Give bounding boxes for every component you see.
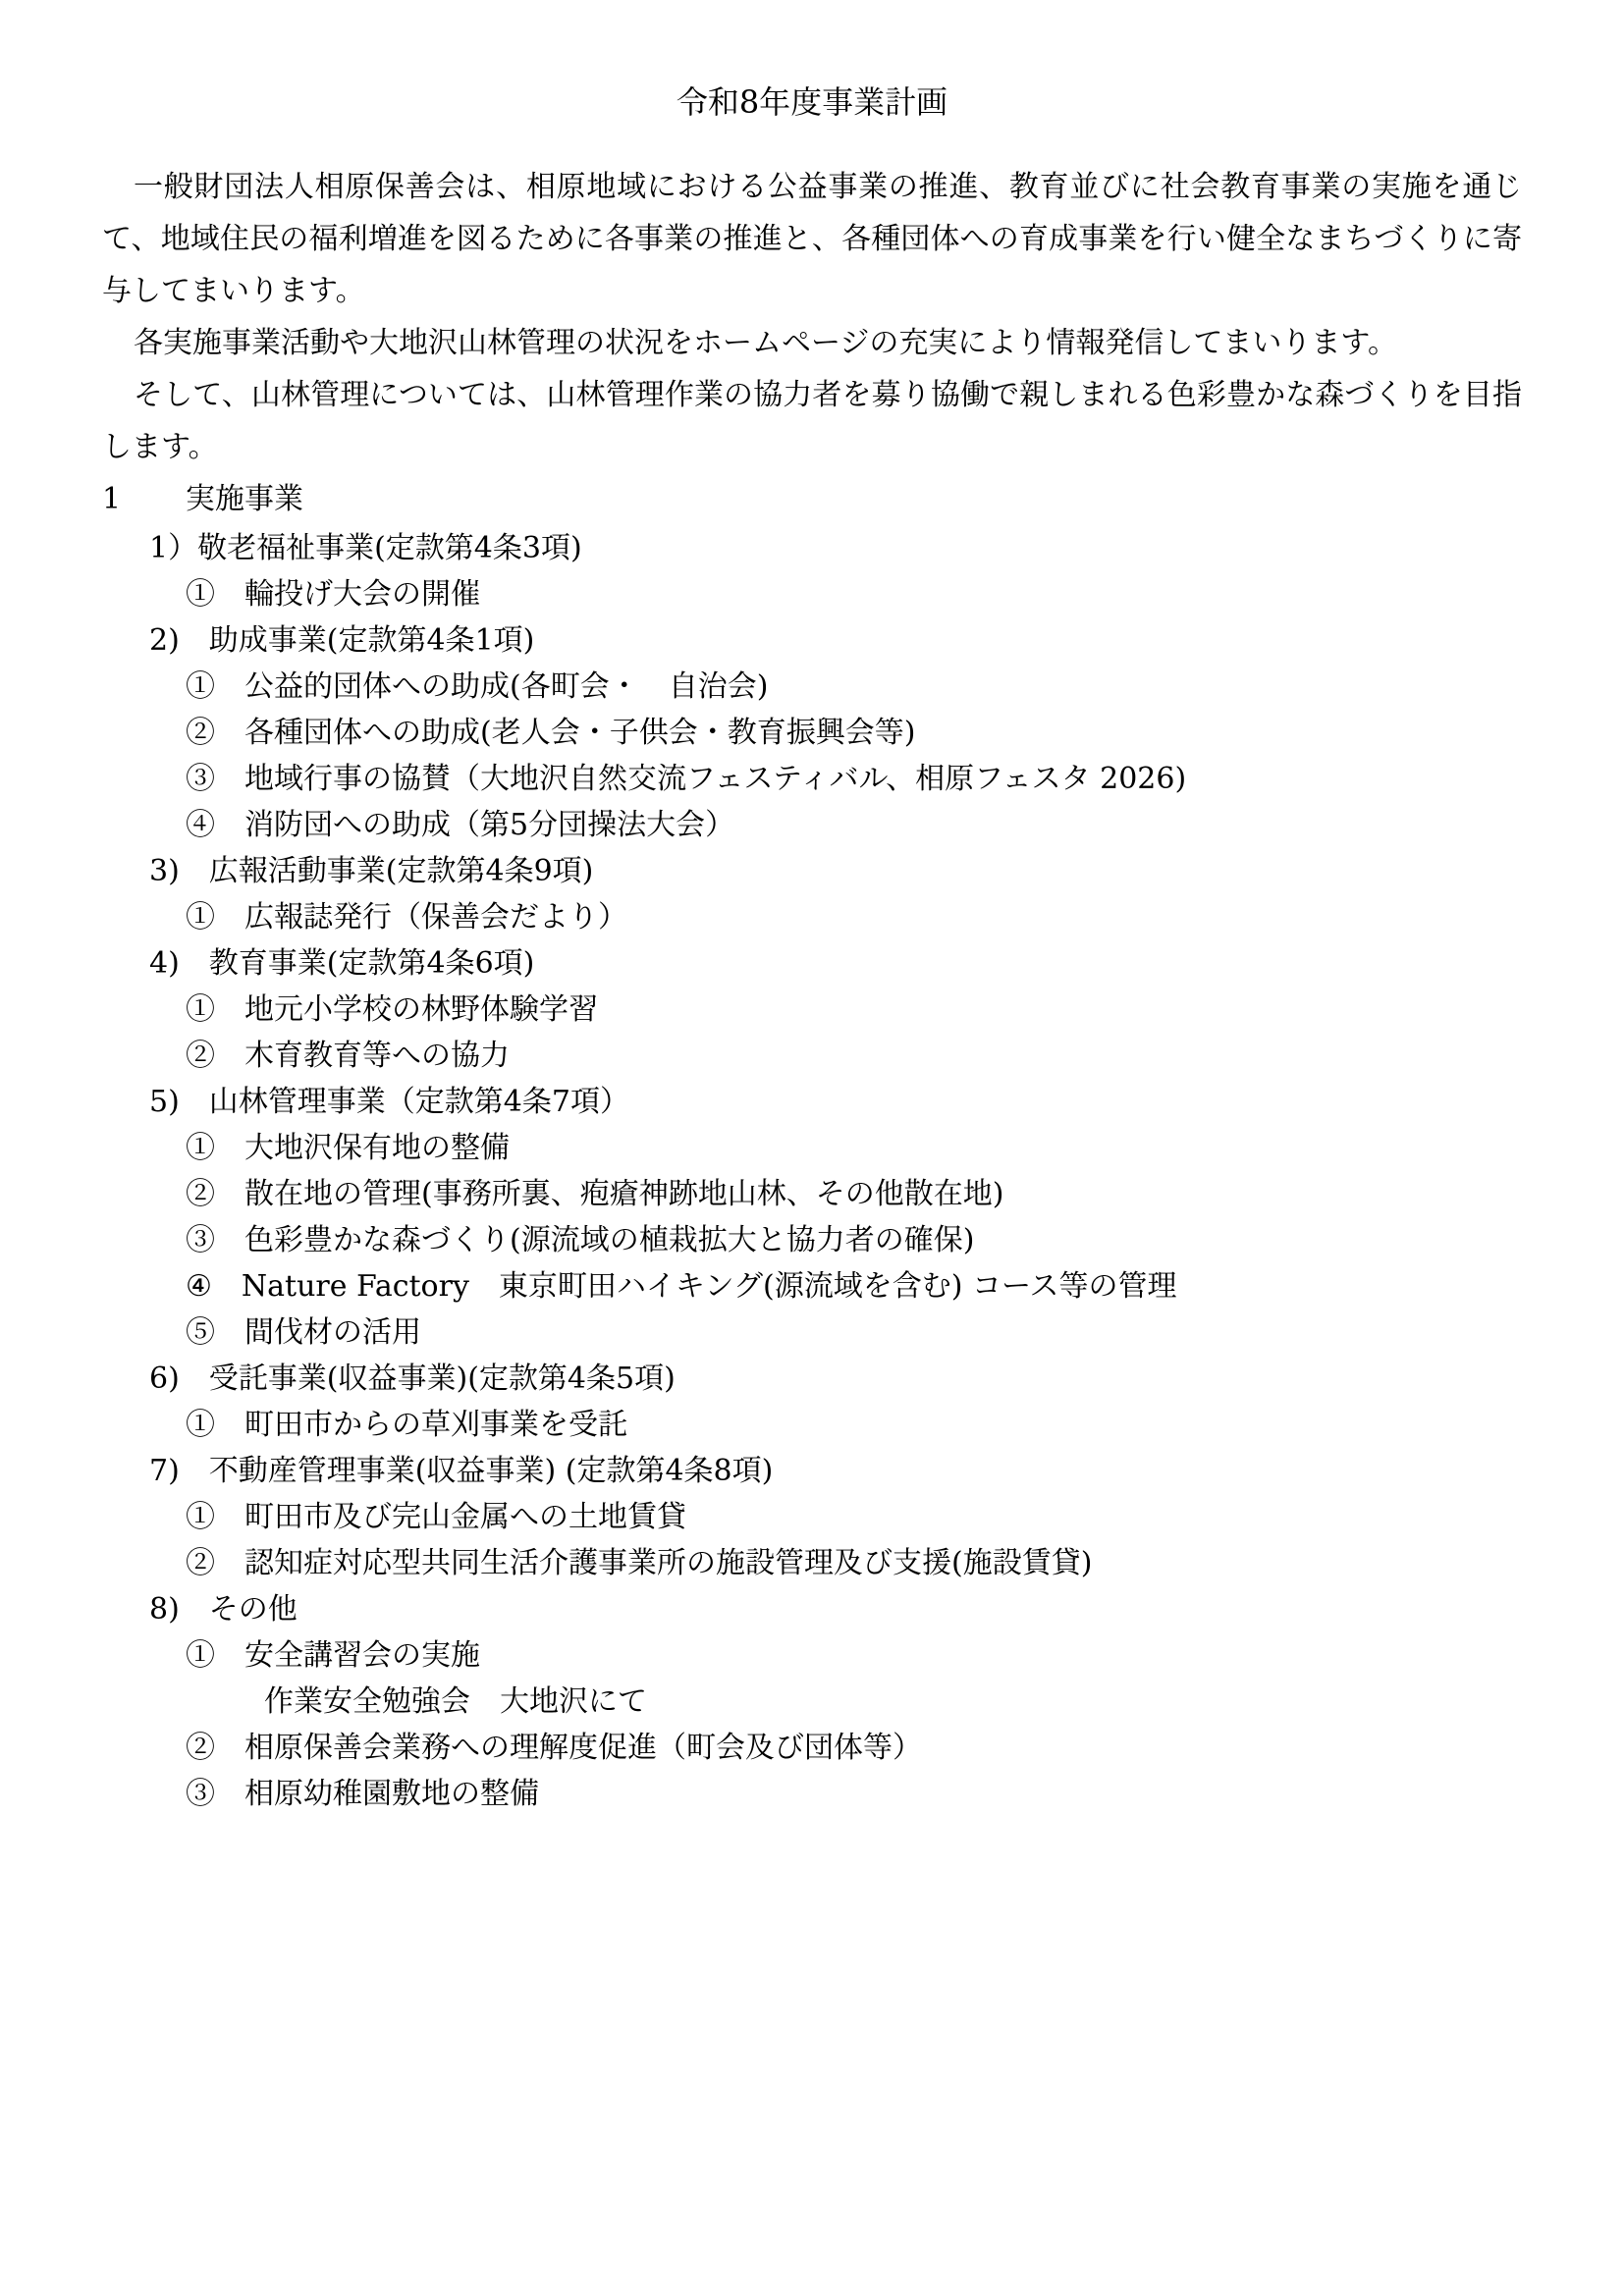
list-item-continuation: 作業安全勉強会 大地沢にて	[102, 1679, 1522, 1725]
list-item: ① 地元小学校の林野体験学習	[102, 987, 1522, 1033]
list-item: ④ 消防団への助成（第5分団操法大会）	[102, 802, 1522, 848]
list-item: ① 広報誌発行（保善会だより）	[102, 894, 1522, 940]
list-item: ④ Nature Factory 東京町田ハイキング(源流域を含む) コース等の…	[102, 1263, 1522, 1309]
intro-paragraph: 各実施事業活動や大地沢山林管理の状況をホームページの充実により情報発信してまいり…	[102, 317, 1522, 369]
list-item: ① 輪投げ大会の開催	[102, 571, 1522, 617]
intro-paragraph: そして、山林管理については、山林管理作業の協力者を募り協働で親しまれる色彩豊かな…	[102, 369, 1522, 473]
list-item: ① 安全講習会の実施	[102, 1632, 1522, 1679]
list-item: ② 散在地の管理(事務所裏、疱瘡神跡地山林、その他散在地)	[102, 1171, 1522, 1217]
list-item: ⑤ 間伐材の活用	[102, 1309, 1522, 1356]
list-item: ① 大地沢保有地の整備	[102, 1125, 1522, 1171]
list-item: 7) 不動産管理事業(収益事業) (定款第4条8項)	[102, 1448, 1522, 1494]
document-page: 令和8年度事業計画 一般財団法人相原保善会は、相原地域における公益事業の推進、教…	[0, 0, 1624, 2296]
document-content: 令和8年度事業計画 一般財団法人相原保善会は、相原地域における公益事業の推進、教…	[0, 0, 1624, 1817]
list-item: 1）敬老福祉事業(定款第4条3項)	[102, 525, 1522, 571]
list-item: ② 認知症対応型共同生活介護事業所の施設管理及び支援(施設賃貸)	[102, 1540, 1522, 1586]
page-title: 令和8年度事業計画	[102, 82, 1522, 122]
list-item: ① 町田市及び完山金属への土地賃貸	[102, 1494, 1522, 1540]
list-item: 8) その他	[102, 1586, 1522, 1632]
list-item: 2) 助成事業(定款第4条1項)	[102, 617, 1522, 664]
list-item: ② 各種団体への助成(老人会・子供会・教育振興会等)	[102, 710, 1522, 756]
list-item: 3) 広報活動事業(定款第4条9項)	[102, 848, 1522, 894]
section-label: 実施事業	[186, 482, 303, 516]
list-item: ③ 色彩豊かな森づくり(源流域の植栽拡大と協力者の確保)	[102, 1217, 1522, 1263]
list-item: ① 公益的団体への助成(各町会・ 自治会)	[102, 664, 1522, 710]
list-item: 6) 受託事業(収益事業)(定款第4条5項)	[102, 1356, 1522, 1402]
list-item: ③ 相原幼稚園敷地の整備	[102, 1771, 1522, 1817]
list-item: ③ 地域行事の協賛（大地沢自然交流フェスティバル、相原フェスタ 2026)	[102, 756, 1522, 802]
list-item: ① 町田市からの草刈事業を受託	[102, 1402, 1522, 1448]
list-item: 5) 山林管理事業（定款第4条7項）	[102, 1079, 1522, 1125]
list-item: ② 木育教育等への協力	[102, 1033, 1522, 1079]
section-number: 1	[102, 473, 186, 525]
list-item: ② 相原保善会業務への理解度促進（町会及び団体等）	[102, 1725, 1522, 1771]
list-item: 4) 教育事業(定款第4条6項)	[102, 940, 1522, 987]
section-heading: 1実施事業	[102, 473, 1522, 525]
intro-paragraph: 一般財団法人相原保善会は、相原地域における公益事業の推進、教育並びに社会教育事業…	[102, 161, 1522, 317]
